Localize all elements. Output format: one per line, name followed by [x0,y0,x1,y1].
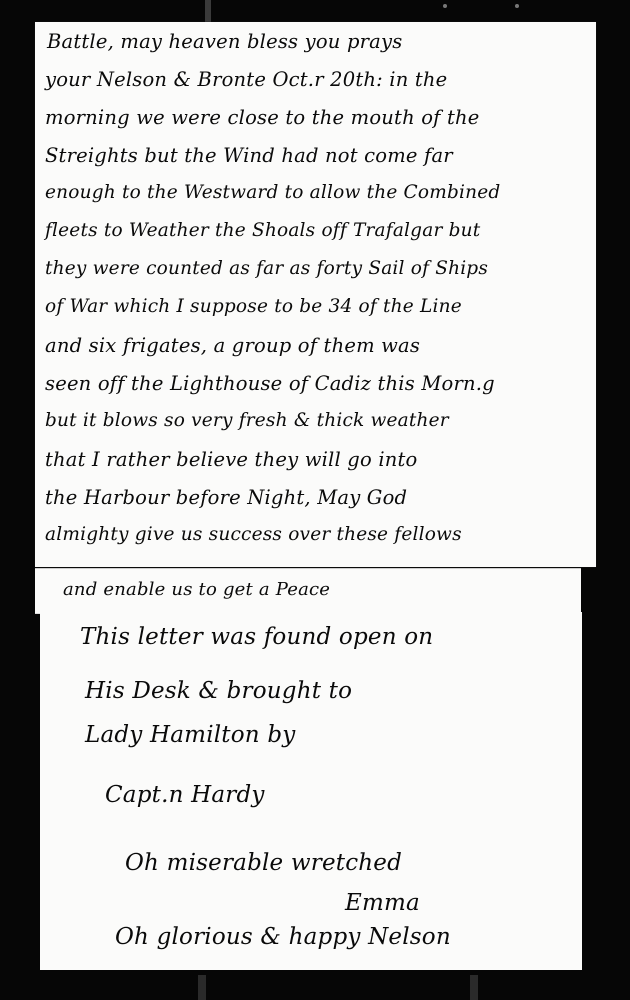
letter-line-10: seen off the Lighthouse of Cadiz this Mo… [45,372,495,395]
binder-clip-bottom-right [470,975,478,1000]
note-line-1: This letter was found open on [80,624,433,650]
letter-line-14: almighty give us success over these fell… [45,524,462,545]
letter-line-7: they were counted as far as forty Sail o… [45,258,488,279]
continuation-text: and enable us to get a Peace [63,579,330,600]
letter-line-3: morning we were close to the mouth of th… [45,106,480,129]
letter-line-1: Battle, may heaven bless you prays [47,30,402,53]
note-line-5: Oh miserable wretched [125,850,402,876]
letter-sheet: Battle, may heaven bless you prays your … [35,22,596,567]
letter-line-8: of War which I suppose to be 34 of the L… [45,296,462,317]
letter-line-2: your Nelson & Bronte Oct.r 20th: in the [45,68,447,91]
note-line-6: Emma [345,890,420,916]
letter-line-13: the Harbour before Night, May God [45,486,407,509]
letter-line-5: enough to the Westward to allow the Comb… [45,182,500,203]
background-speck [515,4,519,8]
letter-line-9: and six frigates, a group of them was [45,334,420,357]
background-speck [443,4,447,8]
letter-line-11: but it blows so very fresh & thick weath… [45,410,449,431]
note-line-3: Lady Hamilton by [85,722,295,748]
note-line-2: His Desk & brought to [85,678,352,704]
note-line-7: Oh glorious & happy Nelson [115,924,451,950]
binder-clip-bottom-left [198,975,206,1000]
continuation-strip: and enable us to get a Peace [35,568,581,614]
letter-line-6: fleets to Weather the Shoals off Trafalg… [45,220,480,241]
letter-line-4: Streights but the Wind had not come far [45,144,453,167]
note-line-4: Capt.n Hardy [105,782,265,808]
annotation-note-sheet: This letter was found open on His Desk &… [40,612,582,970]
binder-clip-top-left [205,0,211,22]
letter-line-12: that I rather believe they will go into [45,448,418,471]
